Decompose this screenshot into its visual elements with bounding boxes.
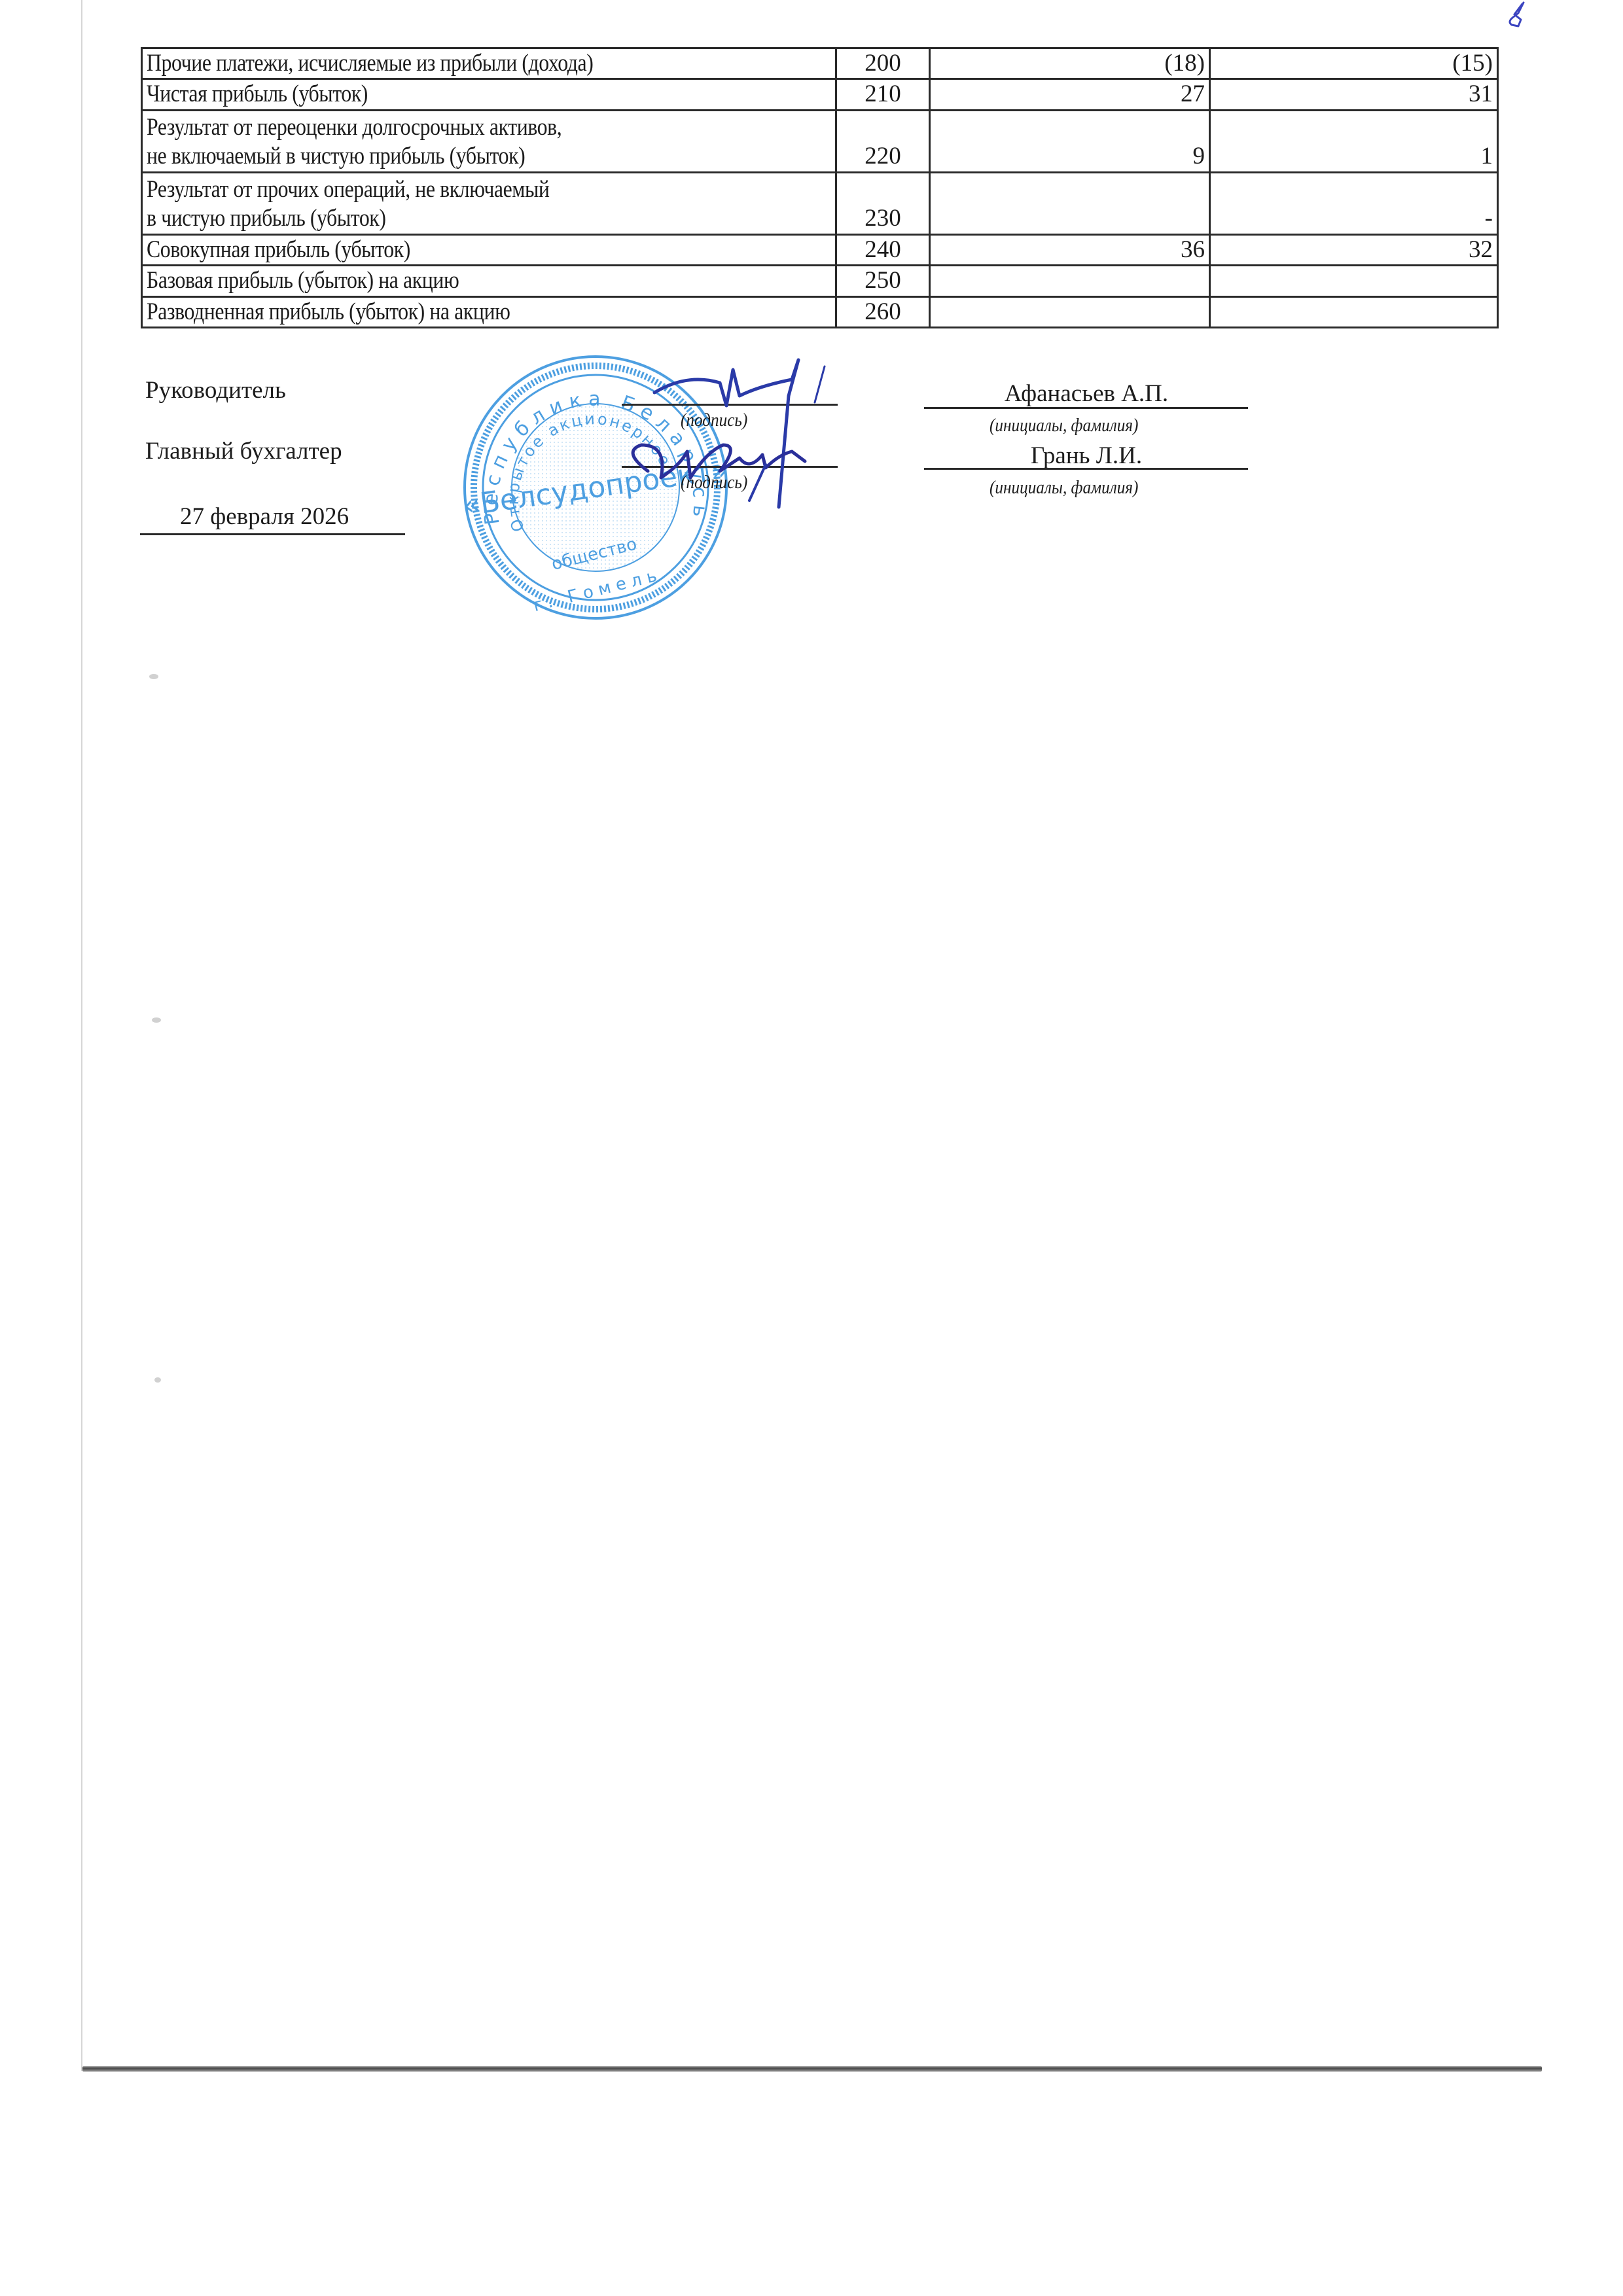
- head-name: Афанасьев А.П.: [923, 380, 1250, 408]
- report-date: 27 февраля 2026: [180, 503, 349, 531]
- handwritten-corner-mark-icon: [1499, 1, 1531, 29]
- current-period-value: 27: [930, 79, 1210, 110]
- row-label: Разводненная прибыль (убыток) на акцию: [142, 296, 836, 327]
- current-period-value: [930, 172, 1210, 234]
- table-row: Результат от переоценки долгосрочных акт…: [142, 110, 1498, 172]
- accountant-role-label: Главный бухгалтер: [145, 437, 342, 465]
- accountant-signature-line: [622, 466, 838, 468]
- current-period-value: [930, 266, 1210, 296]
- row-code: 200: [836, 48, 930, 79]
- row-code: 240: [836, 234, 930, 265]
- accountant-signature-caption: (подпись): [681, 472, 747, 493]
- previous-period-value: 1: [1210, 110, 1498, 172]
- table-row: Результат от прочих операций, не включае…: [142, 172, 1498, 234]
- previous-period-value: [1210, 266, 1498, 296]
- table-row: Прочие платежи, исчисляемые из прибыли (…: [142, 48, 1498, 79]
- head-signature-line: [622, 404, 838, 406]
- previous-period-value: 31: [1210, 79, 1498, 110]
- date-line: [140, 533, 405, 535]
- table-row: Базовая прибыль (убыток) на акцию 250: [142, 266, 1498, 296]
- page-edge-bottom: [82, 2066, 1542, 2072]
- row-code: 220: [836, 110, 930, 172]
- current-period-value: (18): [930, 48, 1210, 79]
- row-code: 260: [836, 296, 930, 327]
- current-period-value: 36: [930, 234, 1210, 265]
- previous-period-value: -: [1210, 172, 1498, 234]
- previous-period-value: (15): [1210, 48, 1498, 79]
- accountant-name-caption: (инициалы, фамилия): [990, 478, 1138, 499]
- row-label: Чистая прибыль (убыток): [142, 79, 836, 110]
- table-row: Совокупная прибыль (убыток) 240 36 32: [142, 234, 1498, 265]
- scan-speck: [149, 674, 158, 679]
- row-code: 210: [836, 79, 930, 110]
- head-name-caption: (инициалы, фамилия): [990, 415, 1138, 436]
- row-label: Результат от переоценки долгосрочных акт…: [142, 110, 836, 172]
- head-signature-caption: (подпись): [681, 410, 747, 431]
- head-name-line: [924, 407, 1248, 409]
- row-label: Результат от прочих операций, не включае…: [142, 172, 836, 234]
- table-row: Разводненная прибыль (убыток) на акцию 2…: [142, 296, 1498, 327]
- row-code: 230: [836, 172, 930, 234]
- page-edge-left: [81, 0, 82, 2071]
- current-period-value: [930, 296, 1210, 327]
- scan-speck: [152, 1017, 161, 1023]
- head-role-label: Руководитель: [145, 376, 286, 404]
- accountant-name-line: [924, 468, 1248, 470]
- row-label: Прочие платежи, исчисляемые из прибыли (…: [142, 48, 836, 79]
- current-period-value: 9: [930, 110, 1210, 172]
- previous-period-value: 32: [1210, 234, 1498, 265]
- row-code: 250: [836, 266, 930, 296]
- row-label: Базовая прибыль (убыток) на акцию: [142, 266, 836, 296]
- table-row: Чистая прибыль (убыток) 210 27 31: [142, 79, 1498, 110]
- row-label: Совокупная прибыль (убыток): [142, 234, 836, 265]
- accountant-name: Грань Л.И.: [923, 442, 1250, 470]
- previous-period-value: [1210, 296, 1498, 327]
- scan-speck: [154, 1377, 161, 1383]
- financial-results-table: Прочие платежи, исчисляемые из прибыли (…: [141, 47, 1499, 328]
